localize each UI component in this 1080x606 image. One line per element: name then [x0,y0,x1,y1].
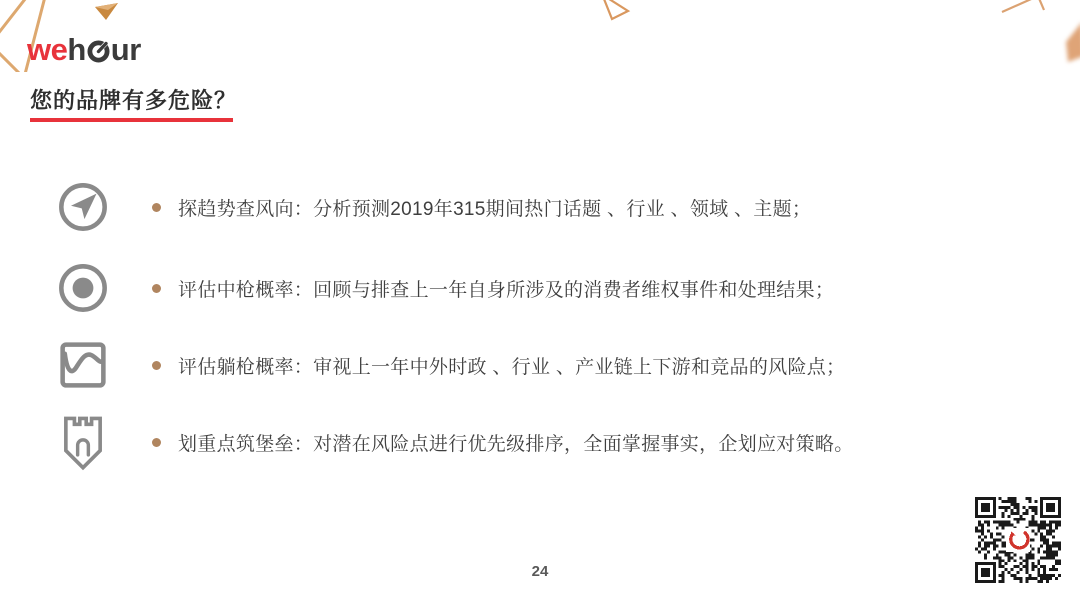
confetti-blur-shape [1064,22,1080,64]
bullet-text: 探趋势查风向：分析预测2019年315期间热门话题 、行业 、领域 、主题； [178,194,811,221]
bullet-text: 划重点筑堡垒：对潜在风险点进行优先级排序，全面掌握事实，企划应对策略。 [178,429,854,456]
bullet-dot [152,284,161,293]
page-number: 24 [0,563,1080,580]
confetti-outline-triangle-icon [1000,0,1046,14]
wave-icon [57,335,109,395]
bullet-dot [152,361,161,370]
bullet-row-self-check: 评估中枪概率：回顾与排查上一年自身所涉及的消费者维权事件和处理结果； [57,262,834,314]
bullet-dot [152,438,161,447]
bullet-row-environment: 评估躺枪概率：审视上一年中外时政 、行业 、产业链上下游和竞品的风险点； [57,339,845,391]
confetti-small-triangle-icon [95,3,119,21]
page-title: 您的品牌有多危险？ [30,84,237,115]
bullet-row-trend: 探趋势查风向：分析预测2019年315期间热门话题 、行业 、领域 、主题； [57,181,811,233]
bullet-row-priorities: 划重点筑堡垒：对潜在风险点进行优先级排序，全面掌握事实，企划应对策略。 [57,416,854,468]
logo-text-ur: ur [111,32,141,67]
compass-icon [57,177,109,237]
bullet-dot [152,203,161,212]
target-icon [57,258,109,318]
confetti-outline-quad-icon [596,0,636,21]
fortress-icon [57,412,109,472]
logo-text-h: h [67,32,85,67]
bullet-text: 评估中枪概率：回顾与排查上一年自身所涉及的消费者维权事件和处理结果； [178,275,834,302]
qr-code [975,497,1061,583]
slide: { "logo": { "red_text": "we", "dark_text… [0,0,1080,606]
bullet-text: 评估躺枪概率：审视上一年中外时政 、行业 、产业链上下游和竞品的风险点； [178,352,845,379]
logo-clock-o-icon [86,34,111,64]
title-underline [30,118,233,122]
logo-text-we: we [27,32,67,67]
wehour-logo: wehur [27,33,141,67]
